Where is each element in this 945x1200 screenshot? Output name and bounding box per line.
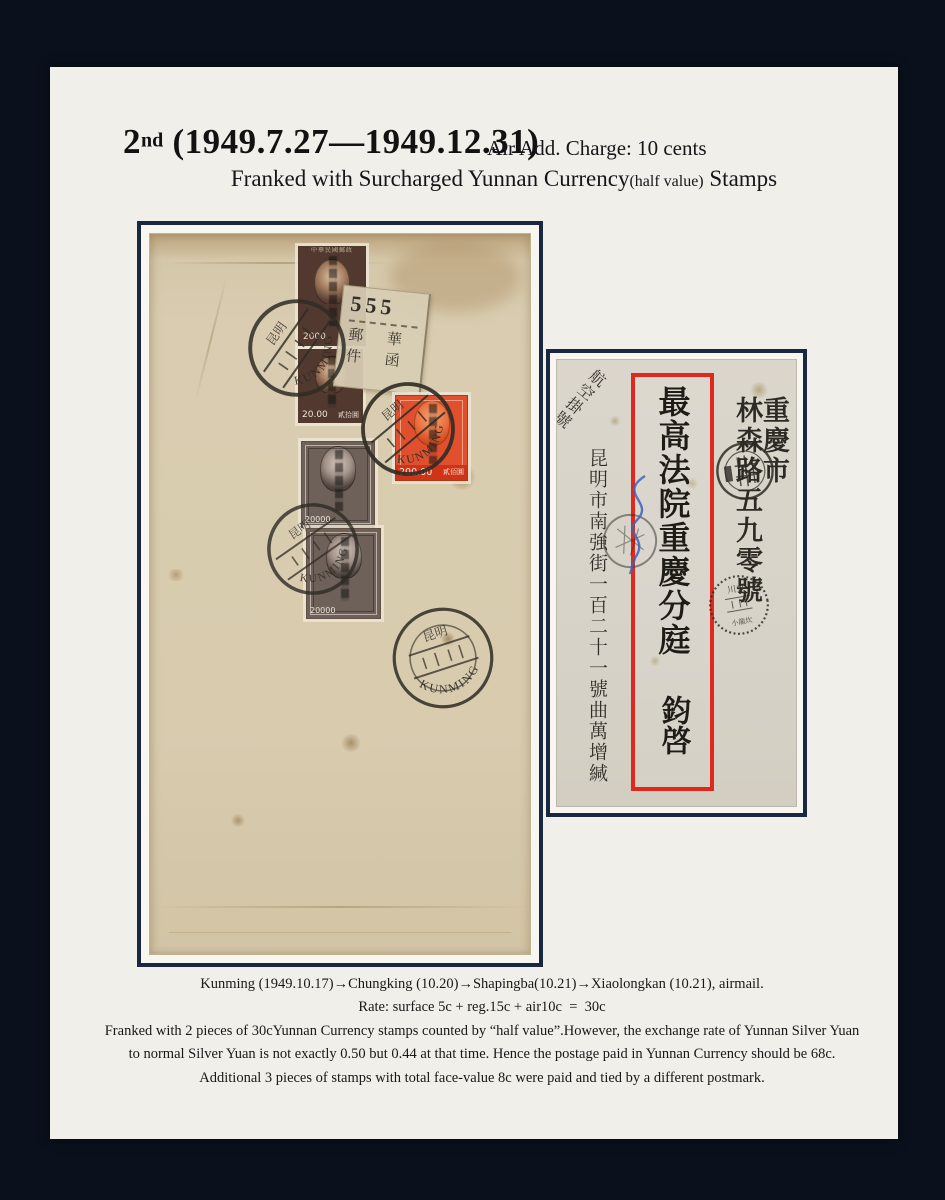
caption-note-2: to normal Silver Yuan is not exactly 0.5…	[58, 1043, 906, 1066]
cover-back-image: 中華民國郵政 2000 20.00貳拾圓 555 郵 華 件 函	[149, 233, 531, 955]
postmark-city-cn: 昆明	[379, 398, 406, 424]
stamp-header-text: 中華民國郵政	[299, 247, 365, 255]
album-page: 2nd (1949.7.27—1949.12.31) Air Add. Char…	[50, 67, 898, 1139]
blue-pen-mark	[615, 472, 659, 577]
postmark-city-cn: 昆明	[286, 518, 313, 542]
air-charge-note: Air Add. Charge: 10 cents	[487, 136, 707, 161]
postmark-arrival-1	[711, 437, 779, 505]
stain	[609, 416, 621, 426]
caption-note-3: Additional 3 pieces of stamps with total…	[58, 1067, 906, 1090]
stain	[340, 734, 362, 752]
caption-rate: Rate: surface 5c + reg.15c + air10c = 30…	[58, 996, 906, 1019]
salutation-text: 鈞啓	[658, 695, 688, 755]
stain	[166, 569, 186, 581]
subtitle-small: (half value)	[629, 173, 703, 190]
label-number: 555	[341, 286, 429, 325]
sender-address: 昆明市南強街一百二十一號曲萬增緘	[587, 448, 606, 784]
title-ordinal: 2	[123, 122, 141, 161]
caption-route: Kunming (1949.10.17)→Chungking (10.20)→S…	[58, 973, 906, 996]
cover-front-mount: 航空掛號 重慶市林森路五九零號 最高法院重慶分庭 鈞啓 昆明市南強街一百二十一號…	[546, 349, 807, 817]
subtitle-tail: Stamps	[704, 166, 777, 191]
stamp-value-band: 20000	[307, 604, 380, 618]
postmark-region-cn: 川東	[726, 581, 746, 595]
caption-block: Kunming (1949.10.17)→Chungking (10.20)→S…	[58, 973, 906, 1090]
cover-front-image: 航空掛號 重慶市林森路五九零號 最高法院重慶分庭 鈞啓 昆明市南強街一百二十一號…	[556, 359, 797, 807]
photo-background: { "header": { "ordinal_number": "2", "or…	[0, 0, 945, 1200]
fold-line	[169, 932, 511, 933]
stamp-value-cn: 貳佰圓	[443, 465, 464, 480]
title-date-range: (1949.7.27—1949.12.31)	[163, 122, 539, 161]
subtitle-main: Franked with Surcharged Yunnan Currency	[231, 166, 630, 191]
postmark-date-strokes	[725, 595, 752, 612]
page-subtitle: Franked with Surcharged Yunnan Currency(…	[80, 166, 928, 192]
airmail-registered-note: 航空掛號	[556, 363, 610, 433]
postmark-city-cn: 昆明	[421, 623, 450, 644]
postmark-date-strokes	[733, 454, 759, 488]
fold-line	[150, 906, 530, 908]
postmark-kunming-4: 昆明 KUNMING	[376, 591, 510, 725]
postmark-city-cn: 昆明	[264, 320, 290, 348]
title-ordinal-suffix: nd	[141, 130, 163, 152]
postmark-town-cn: 小龍坎	[731, 615, 753, 628]
fold-line	[194, 276, 227, 403]
stain	[230, 814, 246, 827]
caption-note-1: Franked with 2 pieces of 30cYunnan Curre…	[58, 1020, 906, 1043]
cover-back-mount: 中華民國郵政 2000 20.00貳拾圓 555 郵 華 件 函	[137, 221, 543, 967]
page-title: 2nd (1949.7.27—1949.12.31)	[123, 122, 539, 162]
postmark-xiaolongkan: 川東 小龍坎	[702, 568, 776, 642]
